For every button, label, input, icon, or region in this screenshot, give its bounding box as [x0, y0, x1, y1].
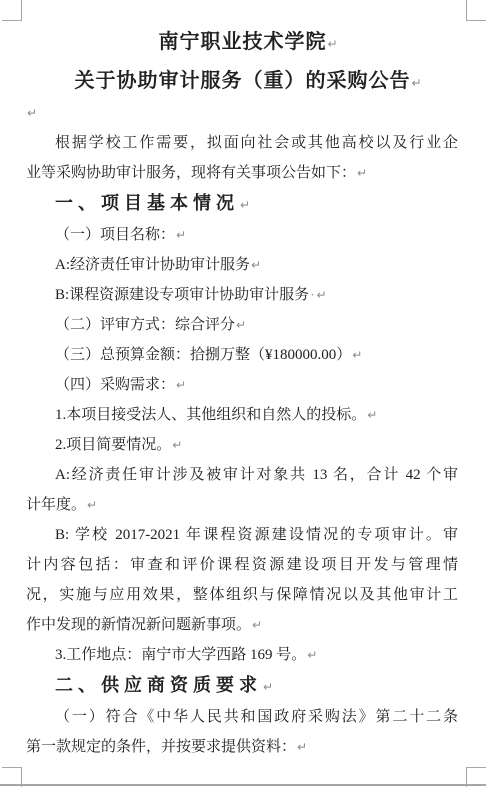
- paragraph-mark-icon: ↵: [251, 258, 261, 272]
- line-text: 2.项目简要情况。: [55, 437, 171, 453]
- line-text: 计年度。: [26, 497, 86, 513]
- paragraph-mark-icon: ↵: [352, 348, 362, 362]
- text-line: A:经济责任审计涉及被审计对象共 13 名，合计 42 个审: [26, 460, 458, 490]
- text-line: 业等采购协助审计服务，现将有关事项公告如下：↵: [26, 158, 458, 188]
- text-line: 作中发现的新情况新问题新事项。↵: [26, 610, 458, 640]
- paragraph-mark-icon: ↵: [263, 680, 273, 694]
- line-text: 3.工作地点：南宁市大学西路 169 号。: [55, 647, 306, 663]
- text-line: 计年度。↵: [26, 490, 458, 520]
- line-text: 第一款规定的条件，并按要求提供资料：: [26, 739, 296, 755]
- line-text: A:经济责任审计涉及被审计对象共 13 名，合计 42 个审: [55, 467, 458, 483]
- line-text: （一）项目名称：: [55, 227, 175, 243]
- paragraph-mark-icon: ↵: [317, 288, 327, 302]
- text-line: A:经济责任审计协助审计服务↵: [26, 250, 458, 280]
- line-text: （三）总预算金额：拾捌万整（¥180000.00）: [55, 347, 351, 363]
- line-text: A:经济责任审计协助审计服务: [55, 257, 250, 273]
- line-text: B: 学校 2017-2021 年课程资源建设情况的专项审计。审: [55, 527, 458, 543]
- line-text: 二、供应商资质要求: [55, 675, 262, 695]
- paragraph-mark-icon: ↵: [172, 438, 182, 452]
- margin-crop-mark-top-right: [466, 0, 486, 21]
- page-bottom-edge: [0, 784, 486, 786]
- paragraph-mark-icon: ↵: [307, 648, 317, 662]
- line-text: （一）符合《中华人民共和国政府采购法》第二十二条: [55, 709, 458, 725]
- text-line: B: 学校 2017-2021 年课程资源建设情况的专项审计。审: [26, 520, 458, 550]
- text-line: 第一款规定的条件，并按要求提供资料：↵: [26, 732, 458, 762]
- document-title-line: 关于协助审计服务（重）的采购公告↵: [0, 63, 486, 102]
- text-line: （四）采购需求：↵: [26, 370, 458, 400]
- line-text: （四）采购需求：: [55, 377, 175, 393]
- line-text: 业等采购协助审计服务，现将有关事项公告如下：: [26, 165, 356, 181]
- title-text: 关于协助审计服务（重）的采购公告: [75, 70, 411, 92]
- text-line: （一）符合《中华人民共和国政府采购法》第二十二条: [26, 702, 458, 732]
- line-text: 况，实施与应用效果，整体组织与保障情况以及其他审计工: [26, 587, 458, 603]
- document-body: ↵根据学校工作需要，拟面向社会或其他高校以及行业企业等采购协助审计服务，现将有关…: [26, 98, 458, 762]
- paragraph-mark-icon: ↵: [176, 228, 186, 242]
- line-text: 一、项目基本情况: [55, 193, 239, 213]
- document-title: 南宁职业技术学院↵关于协助审计服务（重）的采购公告↵: [0, 24, 486, 102]
- paragraph-mark-icon: ↵: [252, 618, 262, 632]
- text-line: 3.工作地点：南宁市大学西路 169 号。↵: [26, 640, 458, 670]
- text-line: 况，实施与应用效果，整体组织与保障情况以及其他审计工: [26, 580, 458, 610]
- paragraph-mark-icon: ↵: [176, 378, 186, 392]
- paragraph-mark-icon: ↵: [236, 318, 246, 332]
- title-text: 南宁职业技术学院: [159, 31, 327, 53]
- document-title-line: 南宁职业技术学院↵: [0, 24, 486, 63]
- paragraph-mark-icon: ↵: [357, 166, 367, 180]
- text-line: B:课程资源建设专项审计协助审计服务·↵: [26, 280, 458, 310]
- paragraph-mark-icon: ↵: [240, 198, 250, 212]
- document-page: 南宁职业技术学院↵关于协助审计服务（重）的采购公告↵ ↵根据学校工作需要，拟面向…: [0, 0, 486, 787]
- text-line: （二）评审方式：综合评分↵: [26, 310, 458, 340]
- text-line: （一）项目名称：↵: [26, 220, 458, 250]
- paragraph-mark-icon: ↵: [27, 106, 37, 120]
- text-line: 根据学校工作需要，拟面向社会或其他高校以及行业企: [26, 128, 458, 158]
- line-text: 1.本项目接受法人、其他组织和自然人的投标。: [55, 407, 366, 423]
- paragraph-mark-icon: ↵: [297, 740, 307, 754]
- text-line: 计内容包括：审查和评价课程资源建设项目开发与管理情: [26, 550, 458, 580]
- space-mark-icon: ·: [310, 287, 314, 302]
- paragraph-mark-icon: ↵: [87, 498, 97, 512]
- paragraph-mark-icon: ↵: [367, 408, 377, 422]
- section-heading: 一、项目基本情况↵: [26, 188, 458, 220]
- text-line: ↵: [26, 98, 458, 128]
- text-line: 1.本项目接受法人、其他组织和自然人的投标。↵: [26, 400, 458, 430]
- text-line: （三）总预算金额：拾捌万整（¥180000.00）↵: [26, 340, 458, 370]
- line-text: 作中发现的新情况新问题新事项。: [26, 617, 251, 633]
- line-text: （二）评审方式：综合评分: [55, 317, 235, 333]
- line-text: B:课程资源建设专项审计协助审计服务: [55, 287, 309, 303]
- line-text: 根据学校工作需要，拟面向社会或其他高校以及行业企: [55, 135, 458, 151]
- line-text: 计内容包括：审查和评价课程资源建设项目开发与管理情: [26, 557, 458, 573]
- section-heading: 二、供应商资质要求↵: [26, 670, 458, 702]
- text-line: 2.项目简要情况。↵: [26, 430, 458, 460]
- margin-crop-mark-top-left: [2, 0, 22, 21]
